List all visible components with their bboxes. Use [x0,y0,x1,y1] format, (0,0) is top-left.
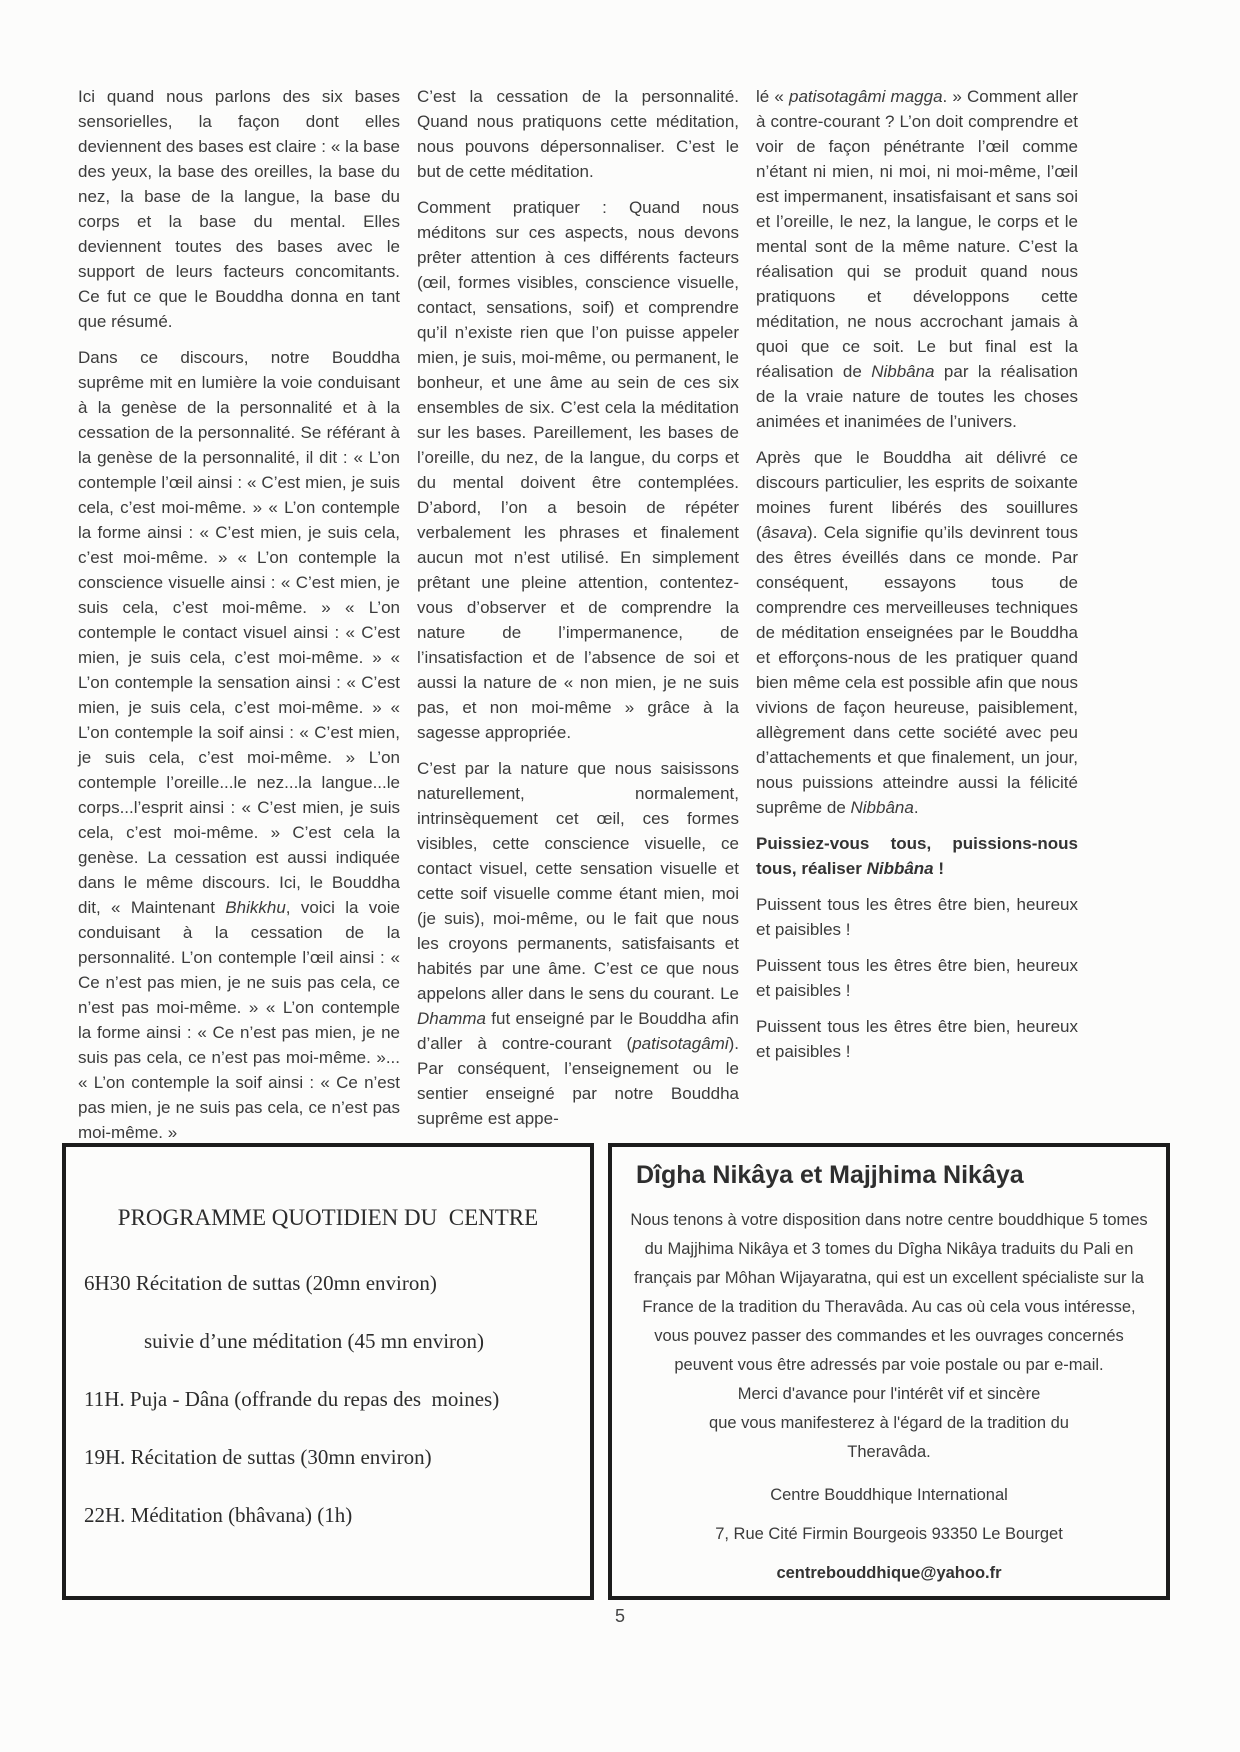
article-column-1: Ici quand nous parlons des six bases sen… [78,84,400,1156]
program-box-title: PROGRAMME QUOTIDIEN DU CENTRE [66,1205,590,1231]
paragraph: C’est la cessation de la personnalité. Q… [417,84,739,184]
program-item: 22H. Méditation (bhâvana) (1h) [84,1503,590,1528]
books-box-org: Centre Bouddhique International [612,1481,1166,1510]
books-box-line: que vous manifesterez à l'égard de la tr… [612,1409,1166,1438]
books-box-title: Dîgha Nikâya et Majjhima Nikâya [636,1161,1166,1190]
paragraph: lé « patisotagâmi magga. » Comment aller… [756,84,1078,434]
program-item: 19H. Récitation de suttas (30mn environ) [84,1445,590,1470]
program-item: suivie d’une méditation (45 mn environ) [84,1329,590,1354]
paragraph: C’est par la nature que nous saisissons … [417,756,739,1131]
program-item: 6H30 Récitation de suttas (20mn environ) [84,1271,590,1296]
prayer-paragraph: Puissent tous les êtres être bien, heure… [756,953,1078,1003]
article: Ici quand nous parlons des six bases sen… [78,84,1080,1156]
books-box: Dîgha Nikâya et Majjhima Nikâya Nous ten… [608,1143,1170,1600]
books-box-body: Nous tenons à votre disposition dans not… [624,1206,1154,1380]
paragraph: Ici quand nous parlons des six bases sen… [78,84,400,334]
prayer-paragraph: Puissent tous les êtres être bien, heure… [756,1014,1078,1064]
paragraph: Dans ce discours, notre Bouddha suprême … [78,345,400,1145]
article-column-3: lé « patisotagâmi magga. » Comment aller… [756,84,1078,1156]
page-number: 5 [0,1606,1240,1627]
paragraph: Comment pratiquer : Quand nous méditons … [417,195,739,745]
prayer-paragraph: Puissent tous les êtres être bien, heure… [756,892,1078,942]
prayer-heading-paragraph: Puissiez-vous tous, puissions-nous tous,… [756,831,1078,881]
books-box-line: Merci d'avance pour l'intérêt vif et sin… [612,1380,1166,1409]
program-item: 11H. Puja - Dâna (offrande du repas des … [84,1387,590,1412]
program-box: PROGRAMME QUOTIDIEN DU CENTRE 6H30 Récit… [62,1143,594,1600]
books-box-email: centrebouddhique@yahoo.fr [612,1559,1166,1588]
books-box-line: Theravâda. [612,1438,1166,1467]
article-column-2: C’est la cessation de la personnalité. Q… [417,84,739,1156]
program-box-items: 6H30 Récitation de suttas (20mn environ)… [84,1271,590,1528]
books-box-address: 7, Rue Cité Firmin Bourgeois 93350 Le Bo… [612,1520,1166,1549]
page-scan: Ici quand nous parlons des six bases sen… [0,0,1240,1752]
paragraph: Après que le Bouddha ait délivré ce disc… [756,445,1078,820]
